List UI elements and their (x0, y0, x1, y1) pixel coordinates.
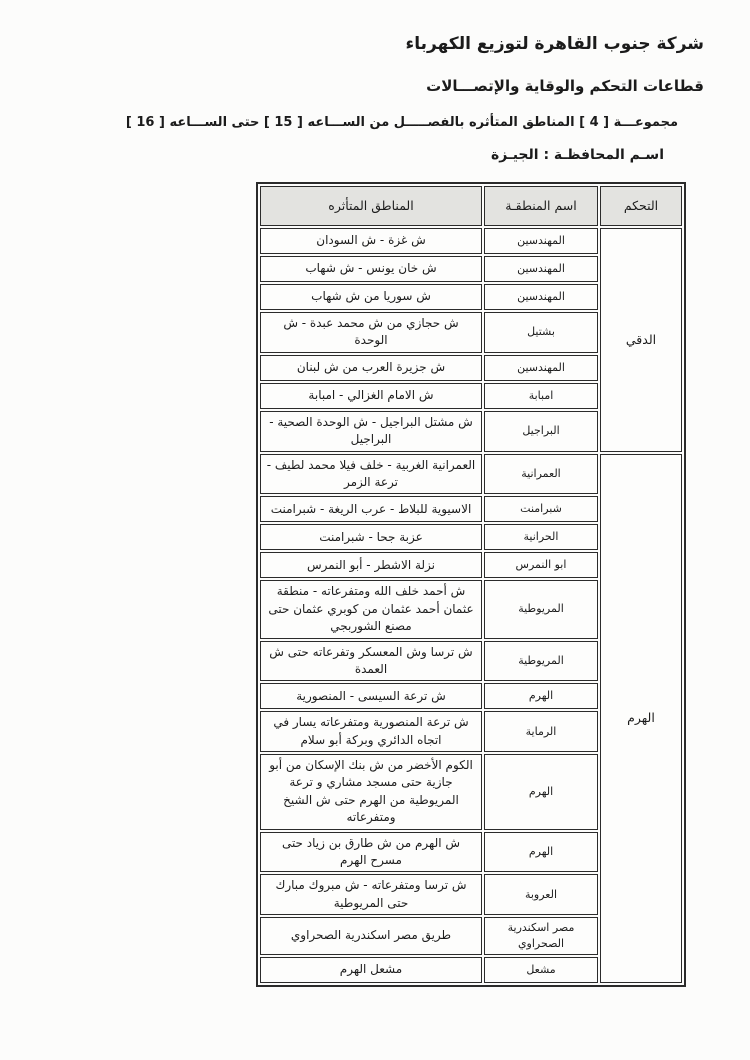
area-name-cell: المهندسين (484, 355, 598, 381)
area-name-cell: امبابة (484, 383, 598, 409)
area-name-cell: مشعل (484, 957, 598, 983)
outage-schedule-table: التحكم اسم المنطقـة المناطق المتأثره الد… (256, 182, 686, 987)
control-group-cell: الدقي (600, 228, 682, 452)
area-name-cell: الرماية (484, 711, 598, 752)
affected-areas-cell: مشعل الهرم (260, 957, 482, 983)
affected-areas-cell: العمرانية الغربية - خلف فيلا محمد لطيف -… (260, 454, 482, 495)
area-name-cell: العروبة (484, 874, 598, 915)
affected-areas-cell: ش الامام الغزالي - امبابة (260, 383, 482, 409)
document-page: شركة جنوب القاهرة لتوزيع الكهرباء قطاعات… (0, 0, 750, 1060)
affected-areas-cell: عزبة جحا - شبرامنت (260, 524, 482, 550)
area-name-cell: مصر اسكندرية الصحراوي (484, 917, 598, 955)
affected-areas-cell: ش سوريا من ش شهاب (260, 284, 482, 310)
area-name-cell: المريوطية (484, 580, 598, 638)
header-control: التحكم (600, 186, 682, 226)
governorate-line: اسـم المحافظـة : الجيـزة (491, 147, 664, 163)
affected-areas-cell: ش جزيرة العرب من ش لبنان (260, 355, 482, 381)
area-name-cell: الحرانية (484, 524, 598, 550)
header-affected-areas: المناطق المتأثره (260, 186, 482, 226)
affected-areas-cell: ش حجازي من ش محمد عبدة - ش الوحدة (260, 312, 482, 353)
affected-areas-cell: ش ترعة السيسى - المنصورية (260, 683, 482, 709)
affected-areas-cell: ش أحمد خلف الله ومتفرعاته - منطقة عثمان … (260, 580, 482, 638)
area-name-cell: المهندسين (484, 256, 598, 282)
area-name-cell: البراجيل (484, 411, 598, 452)
area-name-cell: الهرم (484, 832, 598, 873)
affected-areas-cell: ش ترسا ومتفرعاته - ش مبروك مبارك حتى الم… (260, 874, 482, 915)
area-name-cell: المهندسين (484, 228, 598, 254)
affected-areas-cell: ش خان يونس - ش شهاب (260, 256, 482, 282)
affected-areas-cell: نزلة الاشطر - أبو النمرس (260, 552, 482, 578)
area-name-cell: ابو النمرس (484, 552, 598, 578)
affected-areas-cell: ش ترعة المنصورية ومتفرعاته يسار في اتجاه… (260, 711, 482, 752)
affected-areas-cell: ش غزة - ش السودان (260, 228, 482, 254)
control-group-cell: الهرم (600, 454, 682, 984)
area-name-cell: بشتيل (484, 312, 598, 353)
header-area-name: اسم المنطقـة (484, 186, 598, 226)
area-name-cell: شبرامنت (484, 496, 598, 522)
table-row: الدقي المهندسين ش غزة - ش السودان (260, 228, 682, 254)
affected-areas-cell: ش الهرم من ش طارق بن زياد حتى مسرح الهرم (260, 832, 482, 873)
group-outage-line: مجموعـــة [ 4 ] المناطق المتأثره بالفصــ… (126, 115, 678, 130)
affected-areas-cell: ش مشتل البراجيل - ش الوحدة الصحية - البر… (260, 411, 482, 452)
affected-areas-cell: الكوم الأخضر من ش بنك الإسكان من أبو جاز… (260, 754, 482, 830)
area-name-cell: الهرم (484, 754, 598, 830)
table-row: الهرم العمرانية العمرانية الغربية - خلف … (260, 454, 682, 495)
table-header-row: التحكم اسم المنطقـة المناطق المتأثره (260, 186, 682, 226)
affected-areas-cell: الاسيوية للبلاط - عرب الريغة - شبرامنت (260, 496, 482, 522)
affected-areas-cell: ش ترسا وش المعسكر وتفرعاته حتى ش العمدة (260, 641, 482, 682)
area-name-cell: المريوطية (484, 641, 598, 682)
department-title: قطاعات التحكم والوقاية والإتصـــالات (426, 77, 704, 95)
area-name-cell: المهندسين (484, 284, 598, 310)
area-name-cell: الهرم (484, 683, 598, 709)
company-title: شركة جنوب القاهرة لتوزيع الكهرباء (406, 34, 704, 54)
area-name-cell: العمرانية (484, 454, 598, 495)
affected-areas-cell: طريق مصر اسكندرية الصحراوي (260, 917, 482, 955)
